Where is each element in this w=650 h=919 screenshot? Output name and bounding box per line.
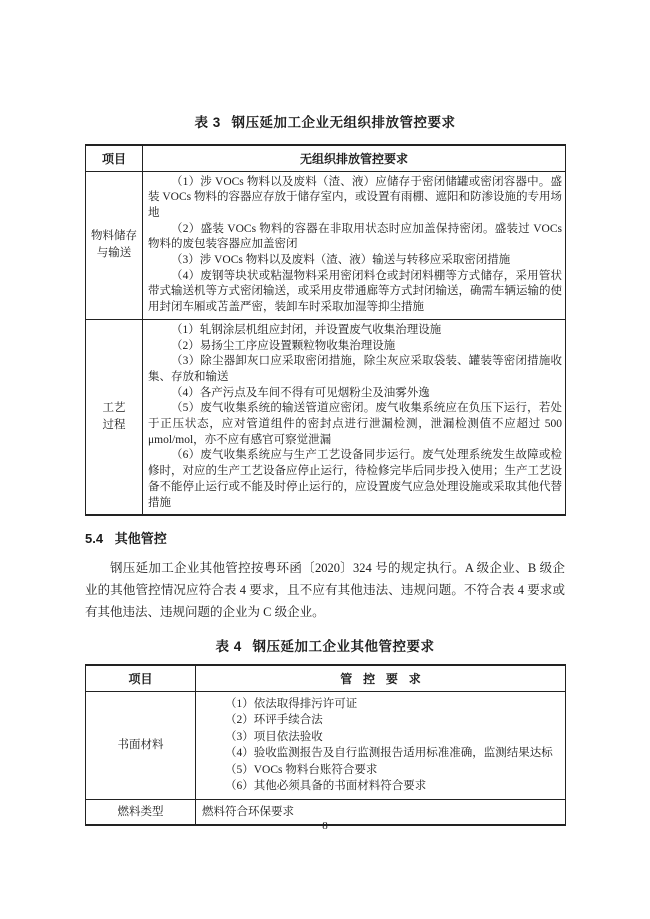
- requirement-paragraph: （3）除尘器卸灰口应采取密闭措施，除尘灰应采取袋装、罐装等密闭措施收集、存放和输…: [148, 354, 562, 385]
- section-5-4-paragraph: 钢压延加工企业其他管控按粤环函〔2020〕324 号的规定执行。A 级企业、B …: [85, 557, 565, 623]
- requirement-paragraph: 燃料符合环保要求: [202, 804, 562, 821]
- table4-header-requirements: 管控要求: [196, 665, 566, 691]
- requirement-paragraph: （6）废气收集系统应与生产工艺设备同步运行。废气处理系统发生故障或检修时，对应的…: [148, 448, 562, 511]
- table4-header-row: 项目 管控要求: [86, 665, 566, 691]
- table4-caption: 表 4钢压延加工企业其他管控要求: [85, 637, 565, 657]
- requirement-paragraph: （5）VOCs 物料台账符合要求: [202, 762, 562, 779]
- table3-header-requirements: 无组织排放管控要求: [143, 145, 566, 171]
- table3-row-material-storage: 物料储存 与输送 （1）涉 VOCs 物料以及废料（渣、液）应储存于密闭储罐或密…: [86, 171, 566, 319]
- section-number: 5.4: [85, 531, 103, 546]
- requirement-paragraph: （4）验收监测报告及自行监测报告适用标准准确，监测结果达标: [202, 745, 562, 762]
- table3-caption: 表 3钢压延加工企业无组织排放管控要求: [85, 113, 565, 133]
- table4-other-controls: 项目 管控要求 书面材料 （1）依法取得排污许可证 （2）环评手续合法 （3）项…: [85, 664, 566, 826]
- requirement-paragraph: （2）易扬尘工序应设置颗粒物收集治理设施: [148, 339, 562, 355]
- requirement-paragraph: （2）环评手续合法: [202, 712, 562, 729]
- requirement-paragraph: （3）涉 VOCs 物料以及废料（渣、液）输送与转移应采取密闭措施: [148, 253, 562, 269]
- page-number: 8: [0, 820, 650, 832]
- requirement-paragraph: （3）项目依法验收: [202, 729, 562, 746]
- requirement-paragraph: （4）各产污点及车间不得有可见烟粉尘及油雾外逸: [148, 386, 562, 402]
- section-title: 其他管控: [115, 531, 167, 546]
- requirement-paragraph: （1）轧钢涂层机组应封闭，并设置废气收集治理设施: [148, 323, 562, 339]
- requirement-paragraph: （1）依法取得排污许可证: [202, 696, 562, 713]
- table3-caption-number: 表 3: [194, 115, 220, 130]
- table4-header-item: 项目: [86, 665, 196, 691]
- requirements-cell: （1）依法取得排污许可证 （2）环评手续合法 （3）项目依法验收 （4）验收监测…: [196, 691, 566, 799]
- table3-unorganized-emission-controls: 项目 无组织排放管控要求 物料储存 与输送 （1）涉 VOCs 物料以及废料（渣…: [85, 144, 566, 516]
- table4-caption-text: 钢压延加工企业其他管控要求: [253, 639, 435, 654]
- table3-header-row: 项目 无组织排放管控要求: [86, 145, 566, 171]
- table4-caption-number: 表 4: [215, 639, 241, 654]
- requirement-paragraph: （2）盛装 VOCs 物料的容器在非取用状态时应加盖保持密闭。盛装过 VOCs …: [148, 222, 562, 253]
- section-heading-5-4: 5.4其他管控: [85, 530, 565, 548]
- table3-header-item: 项目: [86, 145, 143, 171]
- requirements-cell: （1）轧钢涂层机组应封闭，并设置废气收集治理设施 （2）易扬尘工序应设置颗粒物收…: [143, 319, 566, 515]
- table4-row-written-materials: 书面材料 （1）依法取得排污许可证 （2）环评手续合法 （3）项目依法验收 （4…: [86, 691, 566, 799]
- requirement-paragraph: （5）废气收集系统的输送管道应密闭。废气收集系统应在负压下运行，若处于正压状态，…: [148, 401, 562, 448]
- requirement-paragraph: （4）废钢等块状或粘湿物料采用密闭料仓或封闭料棚等方式储存，采用管状带式输送机等…: [148, 269, 562, 316]
- document-page: 表 3钢压延加工企业无组织排放管控要求 项目 无组织排放管控要求 物料储存 与输…: [0, 0, 650, 919]
- requirement-paragraph: （6）其他必须具备的书面材料符合要求: [202, 778, 562, 795]
- table3-row-process: 工艺 过程 （1）轧钢涂层机组应封闭，并设置废气收集治理设施 （2）易扬尘工序应…: [86, 319, 566, 515]
- requirement-paragraph: （1）涉 VOCs 物料以及废料（渣、液）应储存于密闭储罐或密闭容器中。盛装 V…: [148, 175, 562, 222]
- row-label-material-storage: 物料储存 与输送: [86, 171, 143, 319]
- requirements-cell: （1）涉 VOCs 物料以及废料（渣、液）应储存于密闭储罐或密闭容器中。盛装 V…: [143, 171, 566, 319]
- table3-caption-text: 钢压延加工企业无组织排放管控要求: [232, 115, 456, 130]
- row-label-process: 工艺 过程: [86, 319, 143, 515]
- row-label-written-materials: 书面材料: [86, 691, 196, 799]
